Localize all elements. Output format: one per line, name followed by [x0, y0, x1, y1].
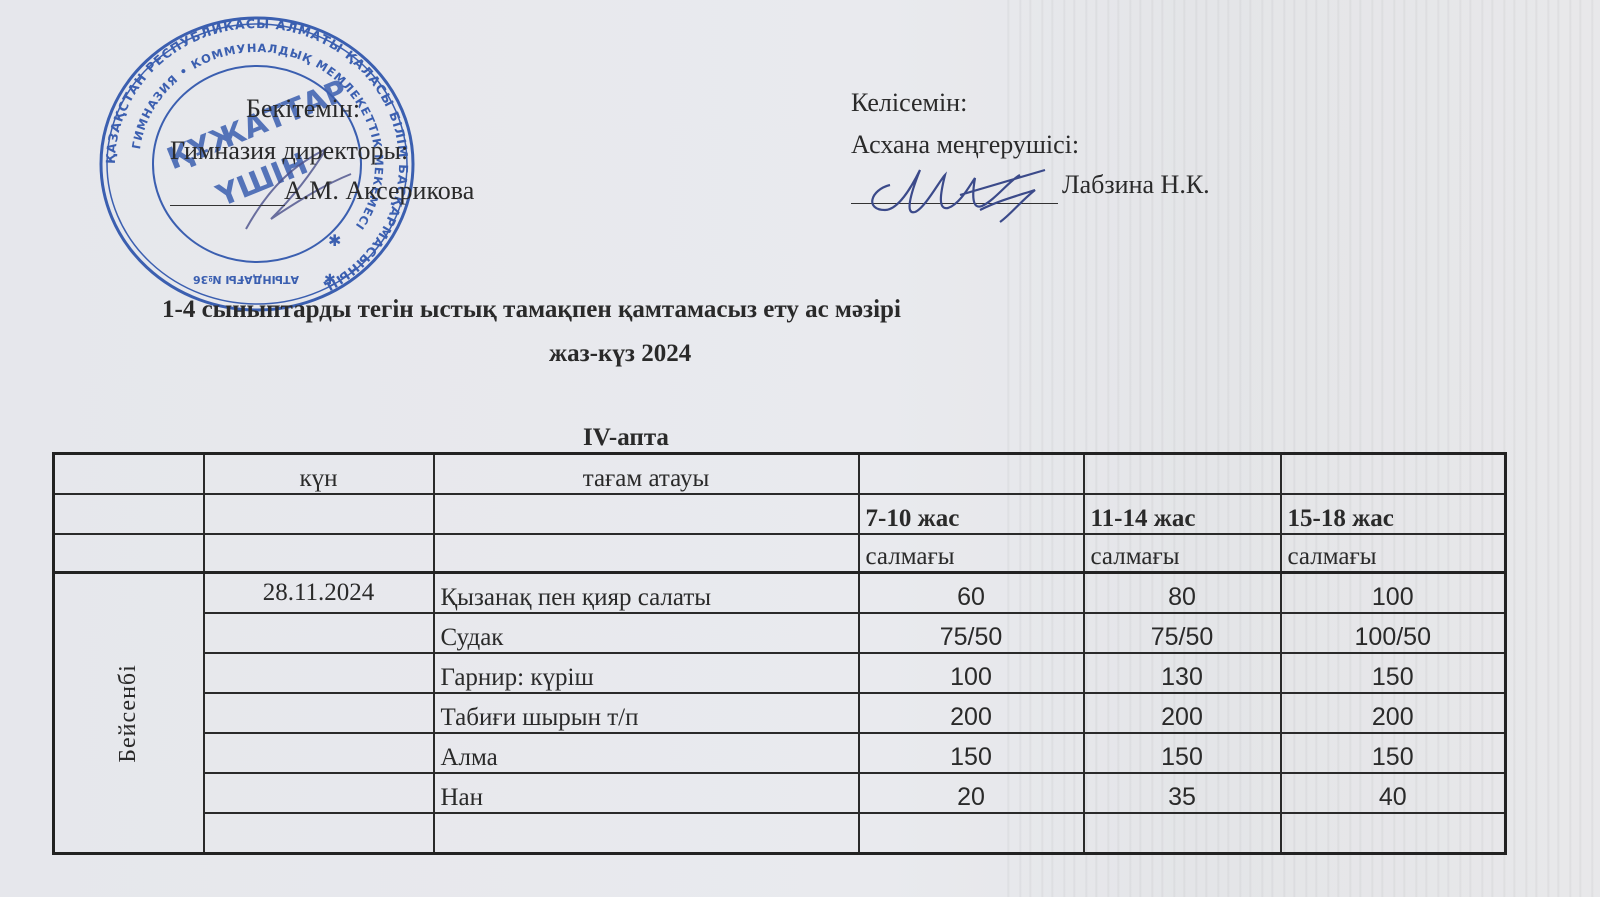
table-row: Алма150150150 — [54, 733, 1506, 773]
approval-left-name: А.М. Аксерикова — [284, 176, 474, 206]
header-weight-15-18: салмағы — [1281, 534, 1506, 573]
header-cell-empty — [54, 494, 204, 534]
dish-name: Судак — [434, 613, 859, 653]
weight-11-14 — [1084, 813, 1281, 854]
date-cell: 28.11.2024 — [204, 573, 434, 614]
header-cell-empty — [1084, 454, 1281, 495]
dish-name: Алма — [434, 733, 859, 773]
header-weight-11-14: салмағы — [1084, 534, 1281, 573]
weight-15-18: 100 — [1281, 573, 1506, 614]
document-subtitle: жаз-күз 2024 — [549, 340, 691, 368]
header-weight-7-10: салмағы — [859, 534, 1084, 573]
weight-11-14: 75/50 — [1084, 613, 1281, 653]
dish-name: Табиғи шырын т/п — [434, 693, 859, 733]
approval-left-position: Гимназия директоры: — [170, 136, 408, 166]
weekday-label: Бейсенбі — [115, 664, 142, 763]
stamp-star-icon: ✱ — [324, 273, 336, 288]
signature-line-left — [170, 205, 285, 206]
weight-7-10: 200 — [859, 693, 1084, 733]
stamp-star-icon: ✱ — [328, 233, 341, 250]
header-day: күн — [204, 454, 434, 495]
date-cell — [204, 733, 434, 773]
table-row: Гарнир: күріш100130150 — [54, 653, 1506, 693]
weight-15-18: 40 — [1281, 773, 1506, 813]
weekday-cell: Бейсенбі — [54, 573, 204, 854]
week-label: IV-апта — [583, 424, 669, 452]
date-cell — [204, 613, 434, 653]
header-age-15-18: 15-18 жас — [1281, 494, 1506, 534]
dish-name: Гарнир: күріш — [434, 653, 859, 693]
weight-11-14: 150 — [1084, 733, 1281, 773]
approval-right-label: Келісемін: — [851, 88, 967, 118]
table-header-row: күн тағам атауы — [54, 454, 1506, 495]
table-row: Бейсенбі28.11.2024Қызанақ пен қияр салат… — [54, 573, 1506, 614]
header-cell-empty — [434, 534, 859, 573]
table-row: Табиғи шырын т/п200200200 — [54, 693, 1506, 733]
weight-11-14: 35 — [1084, 773, 1281, 813]
approval-left-label: Бекітемін: — [246, 94, 360, 124]
menu-table: күн тағам атауы 7-10 жас 11-14 жас 15-18… — [52, 452, 1507, 855]
header-cell-empty — [1281, 454, 1506, 495]
weight-15-18: 100/50 — [1281, 613, 1506, 653]
table-weight-row: салмағы салмағы салмағы — [54, 534, 1506, 573]
weight-15-18: 200 — [1281, 693, 1506, 733]
weight-7-10: 60 — [859, 573, 1084, 614]
date-cell — [204, 653, 434, 693]
header-dish: тағам атауы — [434, 454, 859, 495]
weight-11-14: 130 — [1084, 653, 1281, 693]
table-age-row: 7-10 жас 11-14 жас 15-18 жас — [54, 494, 1506, 534]
date-cell — [204, 813, 434, 854]
weight-15-18: 150 — [1281, 733, 1506, 773]
header-age-7-10: 7-10 жас — [859, 494, 1084, 534]
weight-7-10: 100 — [859, 653, 1084, 693]
header-age-11-14: 11-14 жас — [1084, 494, 1281, 534]
weight-15-18: 150 — [1281, 653, 1506, 693]
header-cell-empty — [204, 494, 434, 534]
date-cell — [204, 773, 434, 813]
table-row: Судак75/5075/50100/50 — [54, 613, 1506, 653]
dish-name — [434, 813, 859, 854]
weight-11-14: 200 — [1084, 693, 1281, 733]
date-cell — [204, 693, 434, 733]
header-cell-empty — [204, 534, 434, 573]
header-cell-empty — [859, 454, 1084, 495]
table-row — [54, 813, 1506, 854]
approval-right-name: Лабзина Н.К. — [1062, 170, 1210, 200]
header-cell-empty — [54, 534, 204, 573]
header-cell-empty — [434, 494, 859, 534]
weight-7-10: 20 — [859, 773, 1084, 813]
table-row: Нан203540 — [54, 773, 1506, 813]
weight-7-10: 75/50 — [859, 613, 1084, 653]
weight-15-18 — [1281, 813, 1506, 854]
weight-7-10 — [859, 813, 1084, 854]
signature-icon — [860, 140, 1050, 230]
dish-name: Нан — [434, 773, 859, 813]
stamp-bottom-text: АТЫНДАҒЫ №36 — [193, 273, 299, 286]
document-title: 1-4 сыныптарды тегін ыстық тамақпен қамт… — [162, 296, 901, 324]
weight-7-10: 150 — [859, 733, 1084, 773]
header-cell-empty — [54, 454, 204, 495]
dish-name: Қызанақ пен қияр салаты — [434, 573, 859, 614]
weight-11-14: 80 — [1084, 573, 1281, 614]
